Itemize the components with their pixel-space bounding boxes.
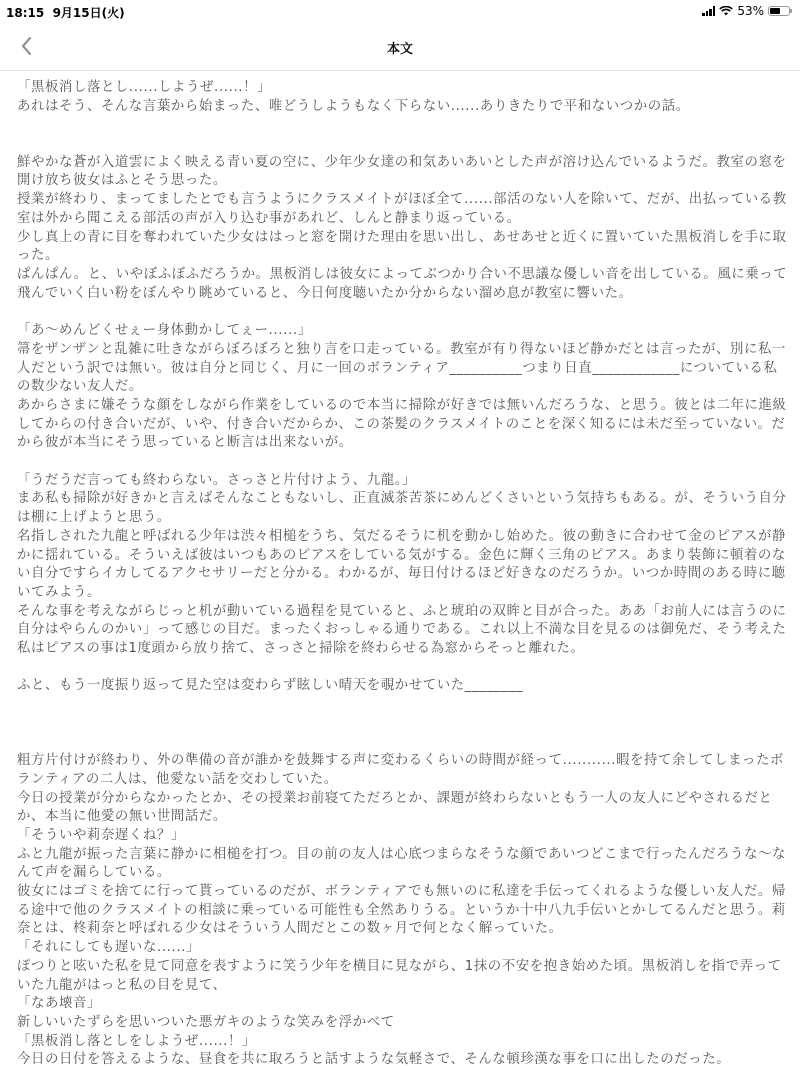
story-section-2: 粗方片付けが終わり、外の準備の音が誰かを鼓舞する声に変わるくらいの時間が経って.… [17,752,789,1066]
story-paragraph: あからさまに嫌そうな顔をしながら作業をしているので本当に掃除が好きでは無いんだろ… [17,397,789,453]
battery-percent: 53% [737,4,764,18]
story-paragraph: 授業が終わり、まってましたとでも言うようにクラスメイトがほぼ全て......部活… [17,191,789,228]
story-paragraph: 箒をザンザンと乱雑に吐きながらぼろぼろと独り言を口走っている。教室が有り得ないほ… [17,341,789,397]
story-paragraph: 粗方片付けが終わり、外の準備の音が誰かを鼓舞する声に変わるくらいの時間が経って.… [17,752,789,789]
clock-time: 18:15 [6,6,44,20]
story-paragraph: 「あ〜めんどくせぇー身体動かしてぇー......」 [17,322,789,341]
blank-line [17,116,789,135]
story-paragraph: 新しいいたずらを思いついた悪ガキのような笑みを浮かべて [17,1014,789,1033]
section-spacer [17,696,789,752]
story-paragraph: 彼女にはゴミを捨てに行って貰っているのだが、ボランティアでも無いのに私達を手伝っ… [17,883,789,939]
story-paragraph: ぱんぱん。と、いやぼふぼふだろうか。黒板消しは彼女によってぶつかり合い不思議な優… [17,266,789,303]
story-paragraph: 鮮やかな蒼が入道雲によく映える青い夏の空に、少年少女達の和気あいあいとした声が溶… [17,154,789,191]
story-paragraph: 「そういや莉奈遅くね？」 [17,827,789,846]
wifi-icon [719,6,733,16]
story-body: 「黒板消し落とし......しようぜ......！」あれはそう、そんな言葉から始… [17,79,789,1066]
navigation-bar: 本文 [0,24,800,71]
status-time: 18:15 9月15日(火) [6,4,125,21]
story-paragraph: ふと、もう一度振り返って見た空は変わらず眩しい晴天を覗かせていた________ [17,677,789,696]
status-bar: 18:15 9月15日(火) 53% [0,0,800,24]
story-paragraph: 「なあ壊音」 [17,995,789,1014]
story-paragraph: 「黒板消し落としをしようぜ......！」 [17,1033,789,1052]
story-paragraph: そんな事を考えながらじっと机が動いている過程を見ていると、ふと琥珀の双眸と目が合… [17,603,789,659]
story-paragraph: 「うだうだ言っても終わらない。さっさと片付けよう、九龍。」 [17,472,789,491]
blank-line [17,303,789,322]
story-paragraph: 名指しされた九龍と呼ばれる少年は渋々相槌をうち、気だるそうに机を動かし始めた。彼… [17,528,789,603]
blank-line [17,453,789,472]
page-title: 本文 [0,38,800,57]
story-paragraph: 「黒板消し落とし......しようぜ......！」 [17,79,789,98]
signal-icon [702,6,715,16]
story-paragraph: まあ私も掃除が好きかと言えばそんなこともないし、正直滅茶苦茶にめんどくさいという… [17,490,789,527]
story-paragraph: あれはそう、そんな言葉から始まった、唯どうしようもなく下らない......ありき… [17,98,789,117]
story-section-1: 「黒板消し落とし......しようぜ......！」あれはそう、そんな言葉から始… [17,79,789,696]
story-paragraph: 今日の授業が分からなかったとか、その授業お前寝てただろとか、課題が終わらないとも… [17,790,789,827]
story-paragraph: 少し真上の青に目を奪われていた少女ははっと窓を開けた理由を思い出し、あせあせと近… [17,229,789,266]
clock-date: 9月15日(火) [53,6,125,20]
blank-line [17,135,789,154]
story-paragraph: ぽつりと呟いた私を見て同意を表すように笑う少年を横目に見ながら、1抹の不安を抱き… [17,958,789,995]
blank-line [17,659,789,678]
story-paragraph: 今日の日付を答えるような、昼食を共に取ろうと話すような気軽さで、そんな頓珍漢な事… [17,1051,789,1066]
status-indicators: 53% [702,4,792,18]
story-paragraph: 「それにしても遅いな......」 [17,939,789,958]
story-paragraph: ふと九龍が振った言葉に静かに相槌を打つ。目の前の友人は心底つまらなそうな顔であい… [17,846,789,883]
battery-icon [768,6,792,16]
